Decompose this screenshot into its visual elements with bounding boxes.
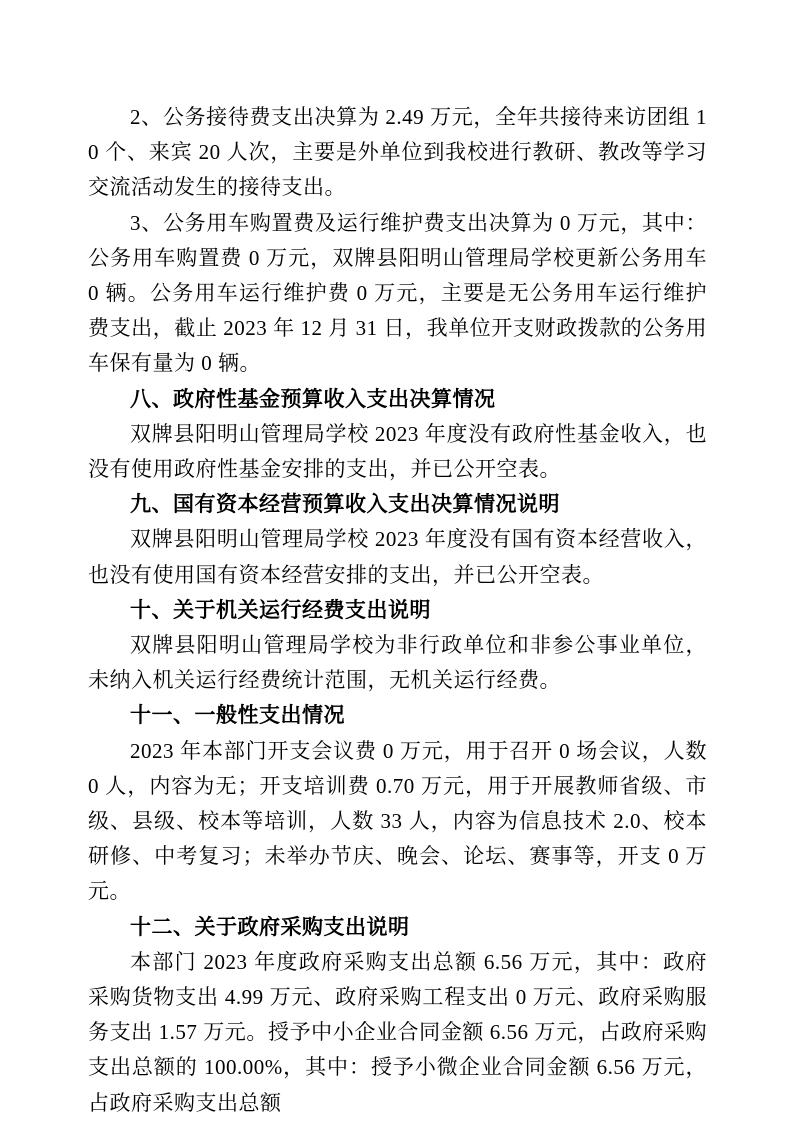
para-section-10-operating-funds: 双牌县阳明山管理局学校为非行政单位和非参公事业单位，未纳入机关运行经费统计范围，… xyxy=(88,628,707,698)
heading-section-12-procurement: 十二、关于政府采购支出说明 xyxy=(88,910,707,945)
para-section-12-procurement: 本部门 2023 年度政府采购支出总额 6.56 万元，其中：政府采购货物支出 … xyxy=(88,945,707,1121)
para-official-vehicle-expense: 3、公务用车购置费及运行维护费支出决算为 0 万元，其中：公务用车购置费 0 万… xyxy=(88,206,707,382)
para-section-9-state-capital: 双牌县阳明山管理局学校 2023 年度没有国有资本经营收入，也没有使用国有资本经… xyxy=(88,522,707,592)
heading-section-9-state-capital: 九、国有资本经营预算收入支出决算情况说明 xyxy=(88,487,707,522)
para-section-11-general-expense: 2023 年本部门开支会议费 0 万元，用于召开 0 场会议，人数 0 人，内容… xyxy=(88,734,707,910)
heading-section-8-gov-fund: 八、政府性基金预算收入支出决算情况 xyxy=(88,382,707,417)
heading-section-11-general-expense: 十一、一般性支出情况 xyxy=(88,698,707,733)
para-official-reception-expense: 2、公务接待费支出决算为 2.49 万元，全年共接待来访团组 10 个、来宾 2… xyxy=(88,100,707,206)
document-page: 2、公务接待费支出决算为 2.49 万元，全年共接待来访团组 10 个、来宾 2… xyxy=(0,0,793,1122)
document-body: 2、公务接待费支出决算为 2.49 万元，全年共接待来访团组 10 个、来宾 2… xyxy=(88,100,707,1121)
heading-section-10-operating-funds: 十、关于机关运行经费支出说明 xyxy=(88,593,707,628)
para-section-8-gov-fund: 双牌县阳明山管理局学校 2023 年度没有政府性基金收入，也没有使用政府性基金安… xyxy=(88,417,707,487)
